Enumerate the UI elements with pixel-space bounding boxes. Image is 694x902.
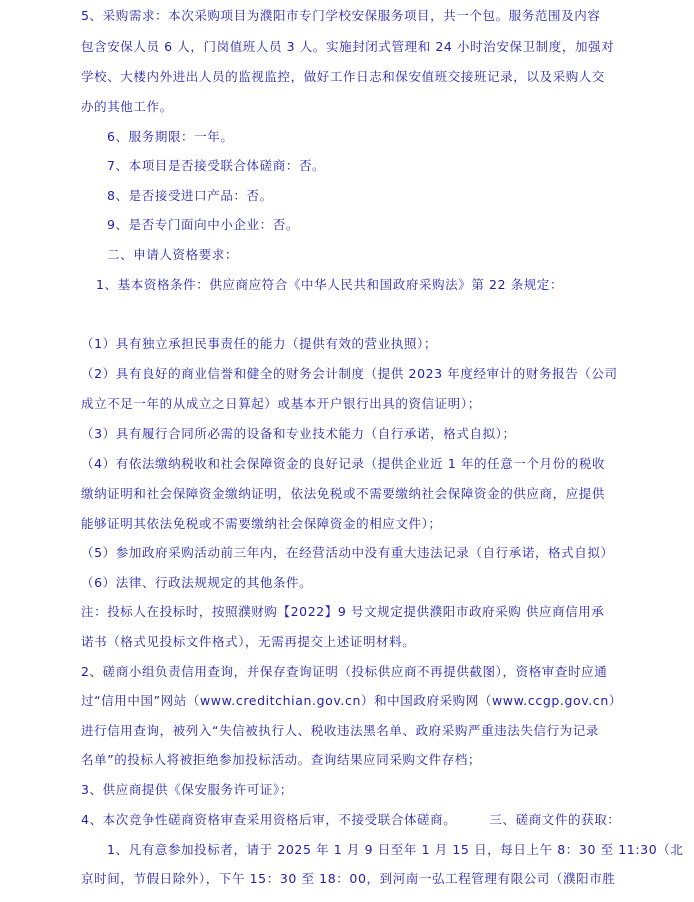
section-heading-applicant-qualifications: 二、申请人资格要求：: [107, 247, 238, 263]
security-license-requirement: 3、供应商提供《保安服务许可证》；: [81, 782, 293, 798]
condition-4-line-2: 缴纳证明和社会保障资金缴纳证明，依法免税或不需要缴纳社会保障资金的供应商，应提供: [81, 486, 605, 502]
note-line-1: 注：投标人在投标时，按照濮财购【2022】9 号文规定提供濮阳市政府采购 供应商…: [81, 604, 605, 620]
basic-qualification-conditions: 1、基本资格条件：供应商应符合《中华人民共和国政府采购法》第 22 条规定：: [96, 277, 563, 293]
condition-4-line-1: （4）有依法缴纳税收和社会保障资金的良好记录（提供企业近 1 年的任意一个月份的…: [81, 456, 605, 472]
credit-check-line-4: 名单”的投标人将被拒绝参加投标活动。查询结果应同采购文件存档；: [81, 752, 481, 768]
paragraph-procurement-requirement-line-4: 办的其他工作。: [81, 99, 173, 115]
paragraph-procurement-requirement-line-3: 学校、大楼内外进出人员的监视监控，做好工作日志和保安值班交接班记录，以及采购人交: [81, 69, 605, 85]
item-imported-products: 8、是否接受进口产品：否。: [107, 188, 273, 204]
condition-2-line-2: 成立不足一年的从成立之日算起）或基本开户银行出具的资信证明）；: [81, 396, 481, 412]
condition-4-line-3: 能够证明其依法免税或不需要缴纳社会保障资金的相应文件）；: [81, 516, 442, 532]
paragraph-procurement-requirement-line-2: 包含安保人员 6 人，门岗值班人员 3 人。实施封闭式管理和 24 小时治安保卫…: [81, 39, 614, 55]
credit-check-line-2: 过“信用中国”网站（www.creditchian.gov.cn）和中国政府采购…: [81, 693, 622, 709]
document-page: 5、采购需求：本次采购项目为濮阳市专门学校安保服务项目，共一个包。服务范围及内容…: [0, 0, 694, 902]
condition-3: （3）具有履行合同所必需的设备和专业技术能力（自行承诺，格式自拟）；: [81, 426, 516, 442]
condition-5: （5）参加政府采购活动前三年内，在经营活动中没有重大违法记录（自行承诺，格式自拟…: [81, 545, 614, 561]
post-qualification-and-section-three-heading: 4、本次竞争性磋商资格审查采用资格后审，不接受联合体磋商。 三、磋商文件的获取：: [81, 812, 620, 828]
item-sme-only: 9、是否专门面向中小企业：否。: [107, 217, 299, 233]
note-line-2: 诺书（格式见投标文件格式），无需再提交上述证明材料。: [81, 634, 415, 650]
condition-2-line-1: （2）具有良好的商业信誉和健全的财务会计制度（提供 2023 年度经审计的财务报…: [81, 366, 618, 382]
item-service-period: 6、服务期限：一年。: [107, 129, 233, 145]
item-consortium-accepted: 7、本项目是否接受联合体磋商：否。: [107, 158, 325, 174]
credit-check-line-1: 2、磋商小组负责信用查询，并保存查询证明（投标供应商不再提供截图），资格审查时应…: [81, 664, 607, 680]
condition-1: （1）具有独立承担民事责任的能力（提供有效的营业执照）；: [81, 336, 437, 352]
document-acquisition-line-1: 1、凡有意参加投标者，请于 2025 年 1 月 9 日至年 1 月 15 日，…: [107, 842, 683, 858]
condition-6: （6）法律、行政法规规定的其他条件。: [81, 575, 312, 591]
paragraph-procurement-requirement-line-1: 5、采购需求：本次采购项目为濮阳市专门学校安保服务项目，共一个包。服务范围及内容: [81, 8, 600, 24]
document-acquisition-line-2: 京时间，节假日除外），下午 15：30 至 18：00，到河南一弘工程管理有限公…: [81, 871, 615, 887]
credit-check-line-3: 进行信用查询，被列入“失信被执行人、税收违法黑名单、政府采购严重违法失信行为记录: [81, 723, 599, 739]
